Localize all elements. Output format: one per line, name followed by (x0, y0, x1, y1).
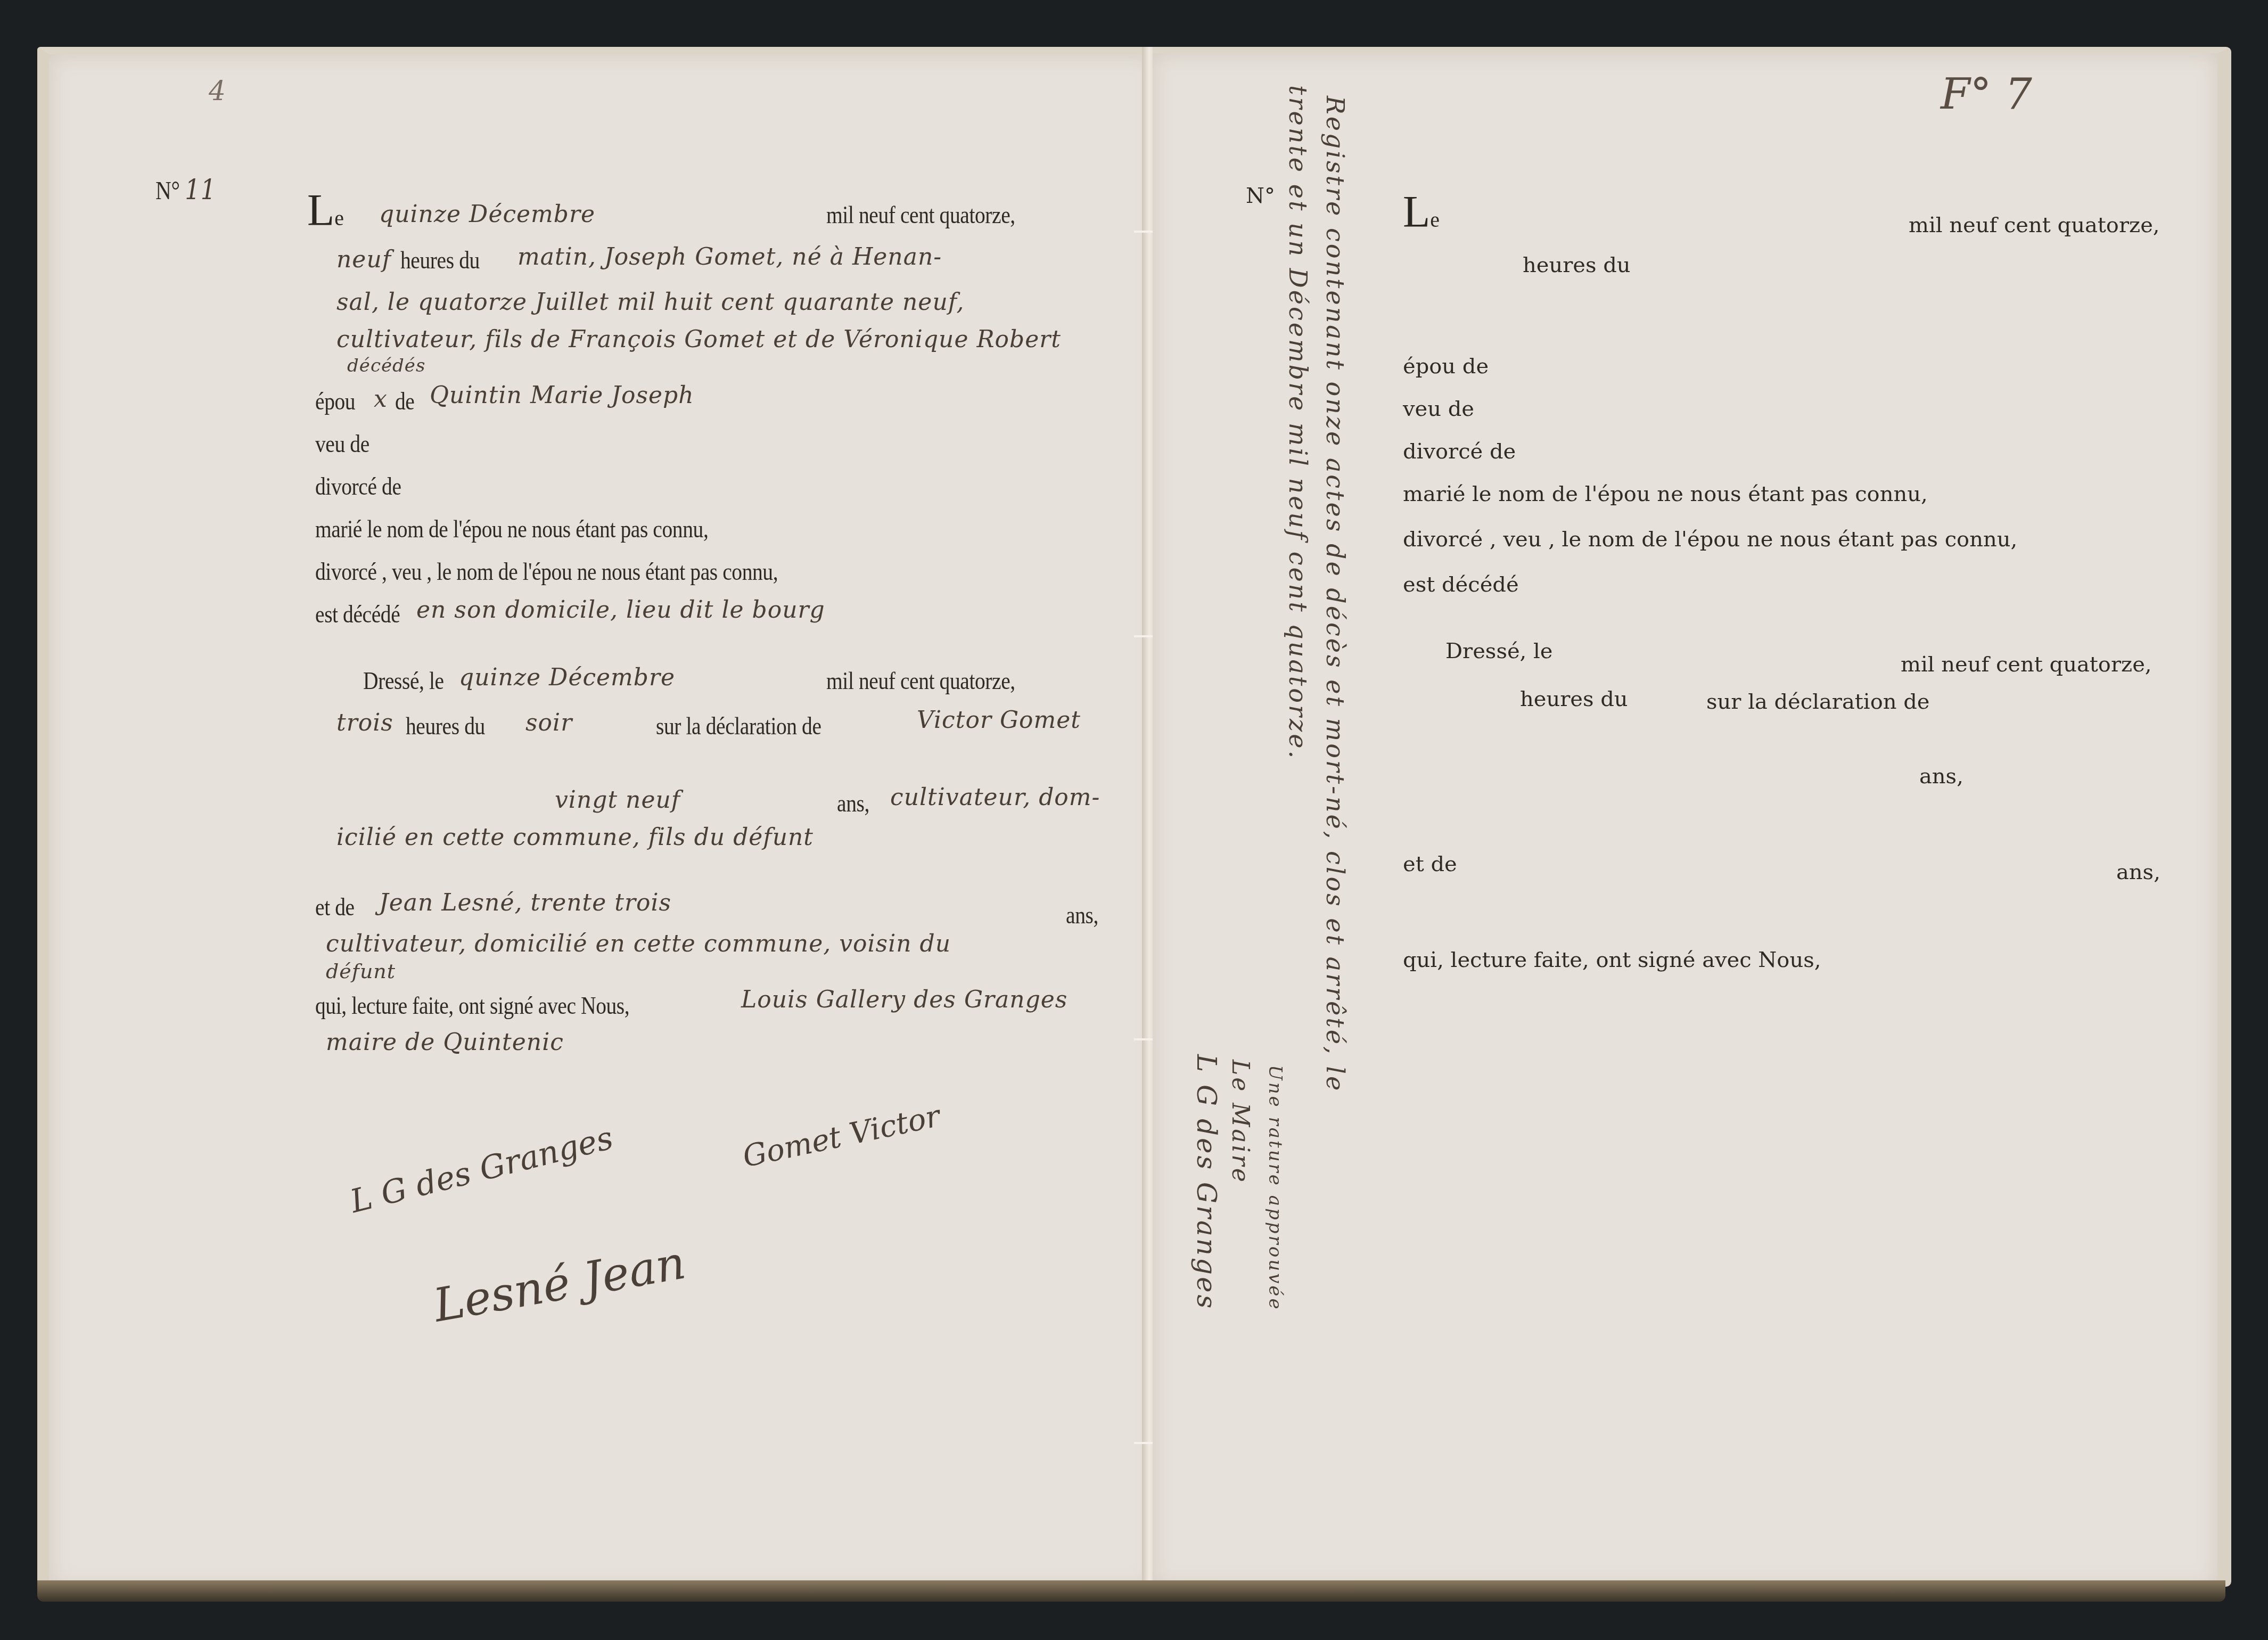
printed-text: sur la déclaration de (656, 712, 821, 740)
printed-text: ans, (2116, 860, 2160, 884)
binding-stitch (1134, 1442, 1155, 1444)
printed-text: divorcé , veu , le nom de l'épou ne nous… (1403, 527, 2017, 552)
witness-details: cultivateur, domicilié en cette commune,… (326, 930, 951, 957)
printed-text: et de (315, 893, 355, 921)
spouse-name: Quintin Marie Joseph (430, 382, 694, 409)
place-of-death: en son domicile, lieu dit le bourg (416, 596, 825, 624)
printed-text: de (395, 387, 414, 415)
printed-text: épou de (1403, 354, 1489, 379)
declarant-age: vingt neuf (555, 786, 680, 814)
binding-stitch (1134, 635, 1155, 637)
deceased-name: matin, Joseph Gomet, né à Henan- (517, 243, 942, 270)
year-printed: mil neuf cent quatorze, (826, 201, 1015, 229)
printed-text: marié le nom de l'épou ne nous étant pas… (1403, 482, 1928, 506)
printed-text: veu de (1403, 397, 1474, 421)
drop-cap: Le (307, 185, 344, 236)
act-number-label: N° 11 (155, 174, 216, 206)
signature-witness: Lesné Jean (430, 1236, 689, 1332)
printed-text: heures du (1523, 253, 1631, 277)
printed-text: est décédé (1403, 572, 1519, 597)
printed-text: qui, lecture faite, ont signé avec Nous, (1403, 948, 1821, 972)
drawn-date: quinze Décembre (459, 664, 675, 691)
printed-text: ans, (1919, 764, 1963, 789)
printed-text: Dressé, le (363, 667, 444, 695)
act-number: 11 (185, 174, 216, 206)
printed-text: sur la déclaration de (1706, 690, 1929, 714)
printed-text: qui, lecture faite, ont signé avec Nous, (315, 991, 629, 1020)
printed-text: ans, (837, 789, 869, 817)
handwritten-text: x (374, 386, 388, 413)
parents-status: décédés (347, 355, 425, 376)
right-page: F° 7 N° Le mil neuf cent quatorze, heure… (1153, 47, 2231, 1587)
printed-text: Dressé, le (1445, 639, 1552, 663)
erasure-annotation: Une rature approuvée (1264, 1065, 1286, 1311)
folio-mark: F° 7 (1941, 69, 2032, 119)
act-number-label: N° (1246, 184, 1275, 208)
printed-text: veu de (315, 430, 369, 458)
printed-text: divorcé de (1403, 439, 1516, 464)
open-register-book: 4 N° 11 Le quinze Décembre mil neuf cent… (37, 47, 2225, 1623)
closing-note-line1: Registre contenant onze actes de décès e… (1321, 96, 1350, 1093)
closing-note-line2: trente et un Décembre mil neuf cent quat… (1284, 85, 1312, 760)
printed-text: divorcé de (315, 472, 401, 501)
signature-declarant: Gomet Victor (739, 1099, 943, 1175)
birth-info: sal, le quatorze Juillet mil huit cent q… (336, 289, 964, 316)
printed-text: est décédé (315, 600, 400, 628)
parents-info: cultivateur, fils de François Gomet et d… (336, 326, 1061, 353)
printed-text: ans, (1066, 901, 1098, 929)
printed-text: heures du (406, 712, 485, 740)
drop-cap: Le (1403, 186, 1440, 238)
printed-text: divorcé , veu , le nom de l'épou ne nous… (315, 557, 778, 586)
handwritten-text: défunt (326, 960, 396, 983)
year-printed: mil neuf cent quatorze, (1909, 213, 2160, 237)
mayor-signature: L G des Granges (1191, 1054, 1222, 1310)
handwritten-text: trois (336, 709, 393, 736)
mayor-title: maire de Quintenic (326, 1029, 564, 1056)
printed-text: et de (1403, 852, 1457, 876)
binding-stitch (1134, 1038, 1155, 1040)
corner-mark: 4 (209, 76, 226, 106)
mayor-name: Louis Gallery des Granges (741, 986, 1067, 1013)
printed-text: heures du (400, 246, 480, 274)
hour-handwritten: neuf (336, 246, 391, 273)
printed-text: épou (315, 387, 355, 415)
printed-text: mil neuf cent quatorze, (1901, 652, 2152, 677)
printed-text: mil neuf cent quatorze, (826, 667, 1015, 695)
witness-name: Jean Lesné, trente trois (379, 889, 671, 916)
printed-text: heures du (1520, 687, 1628, 711)
handwritten-text: cultivateur, dom- (890, 784, 1100, 811)
handwritten-text: soir (525, 709, 572, 736)
declarant-relation: icilié en cette commune, fils du défunt (336, 824, 813, 851)
left-page: 4 N° 11 Le quinze Décembre mil neuf cent… (37, 47, 1156, 1588)
mayor-signoff: Le Maire (1227, 1060, 1254, 1184)
signature-mayor: L G des Granges (347, 1119, 617, 1220)
declarant-name: Victor Gomet (917, 707, 1081, 734)
date-handwritten: quinze Décembre (379, 201, 595, 228)
printed-text: marié le nom de l'épou ne nous étant pas… (315, 515, 708, 543)
binding-stitch (1134, 231, 1155, 233)
page-bottom-edge (37, 1580, 2225, 1602)
